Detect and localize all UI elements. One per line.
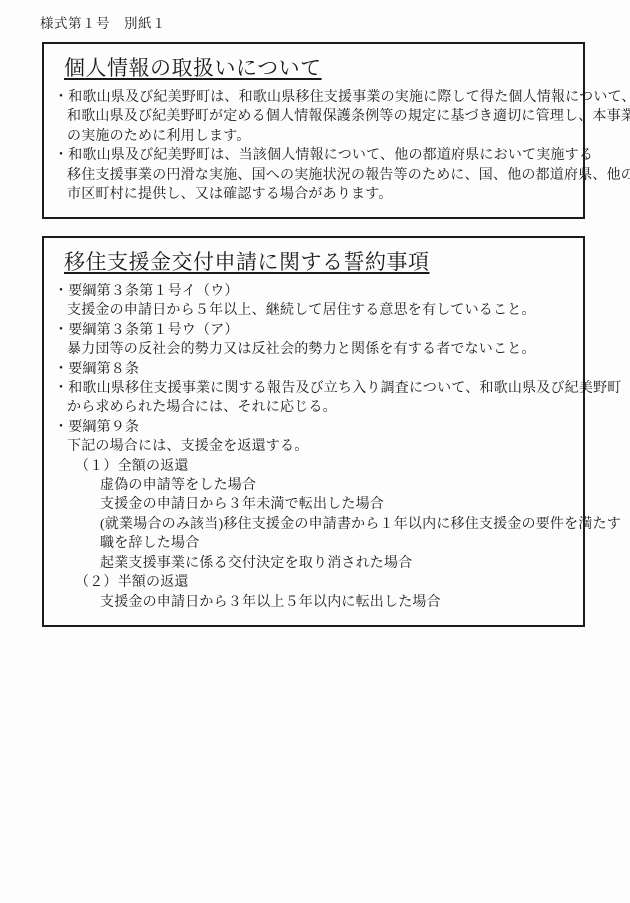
pledge-line: （１）全額の返還: [44, 457, 583, 476]
privacy-box-title: 個人情報の取扱いについて: [64, 52, 322, 82]
pledge-line: 暴力団等の反社会的勢力又は反社会的勢力と関係を有する者でないこと。: [44, 340, 583, 359]
pledge-line: 職を辞した場合: [44, 534, 583, 553]
pledge-line: (就業場合のみ該当)移住支援金の申請書から１年以内に移住支援金の要件を満たす: [44, 515, 583, 534]
pledge-line: ・要綱第８条: [44, 360, 583, 379]
pledge-line: ・要綱第３条第１号イ（ウ）: [44, 282, 583, 301]
privacy-box-title-row: 個人情報の取扱いについて: [44, 51, 583, 88]
pledge-line: ・要綱第３条第１号ウ（ア）: [44, 321, 583, 340]
document-page: 様式第１号 別紙１ 個人情報の取扱いについて ・和歌山県及び紀美野町は、和歌山県…: [0, 0, 630, 903]
privacy-line: 市区町村に提供し、又は確認する場合があります。: [44, 185, 583, 204]
pledge-line: 下記の場合には、支援金を返還する。: [44, 437, 583, 456]
pledge-line: （２）半額の返還: [44, 573, 583, 592]
pledge-line: から求められた場合には、それに応じる。: [44, 398, 583, 417]
pledge-line: ・要綱第９条: [44, 418, 583, 437]
privacy-line: ・和歌山県及び紀美野町は、当該個人情報について、他の都道府県において実施する: [44, 146, 583, 165]
pledge-box: 移住支援金交付申請に関する誓約事項 ・要綱第３条第１号イ（ウ） 支援金の申請日か…: [42, 236, 585, 627]
pledge-box-title-row: 移住支援金交付申請に関する誓約事項: [44, 245, 583, 282]
pledge-line: 支援金の申請日から５年以上、継続して居住する意思を有していること。: [44, 301, 583, 320]
form-label: 様式第１号 別紙１: [40, 12, 166, 32]
privacy-line: 和歌山県及び紀美野町が定める個人情報保護条例等の規定に基づき適切に管理し、本事業: [44, 107, 583, 126]
pledge-box-title: 移住支援金交付申請に関する誓約事項: [64, 246, 430, 276]
pledge-line: 起業支援事業に係る交付決定を取り消された場合: [44, 554, 583, 573]
pledge-line: 支援金の申請日から３年以上５年以内に転出した場合: [44, 593, 583, 612]
privacy-box: 個人情報の取扱いについて ・和歌山県及び紀美野町は、和歌山県移住支援事業の実施に…: [42, 42, 585, 219]
pledge-line: 虚偽の申請等をした場合: [44, 476, 583, 495]
pledge-line: 支援金の申請日から３年未満で転出した場合: [44, 495, 583, 514]
pledge-line: ・和歌山県移住支援事業に関する報告及び立ち入り調査について、和歌山県及び紀美野町: [44, 379, 583, 398]
privacy-line: 移住支援事業の円滑な実施、国への実施状況の報告等のために、国、他の都道府県、他の: [44, 166, 583, 185]
privacy-line: ・和歌山県及び紀美野町は、和歌山県移住支援事業の実施に際して得た個人情報について…: [44, 88, 583, 107]
privacy-line: の実施のために利用します。: [44, 127, 583, 146]
